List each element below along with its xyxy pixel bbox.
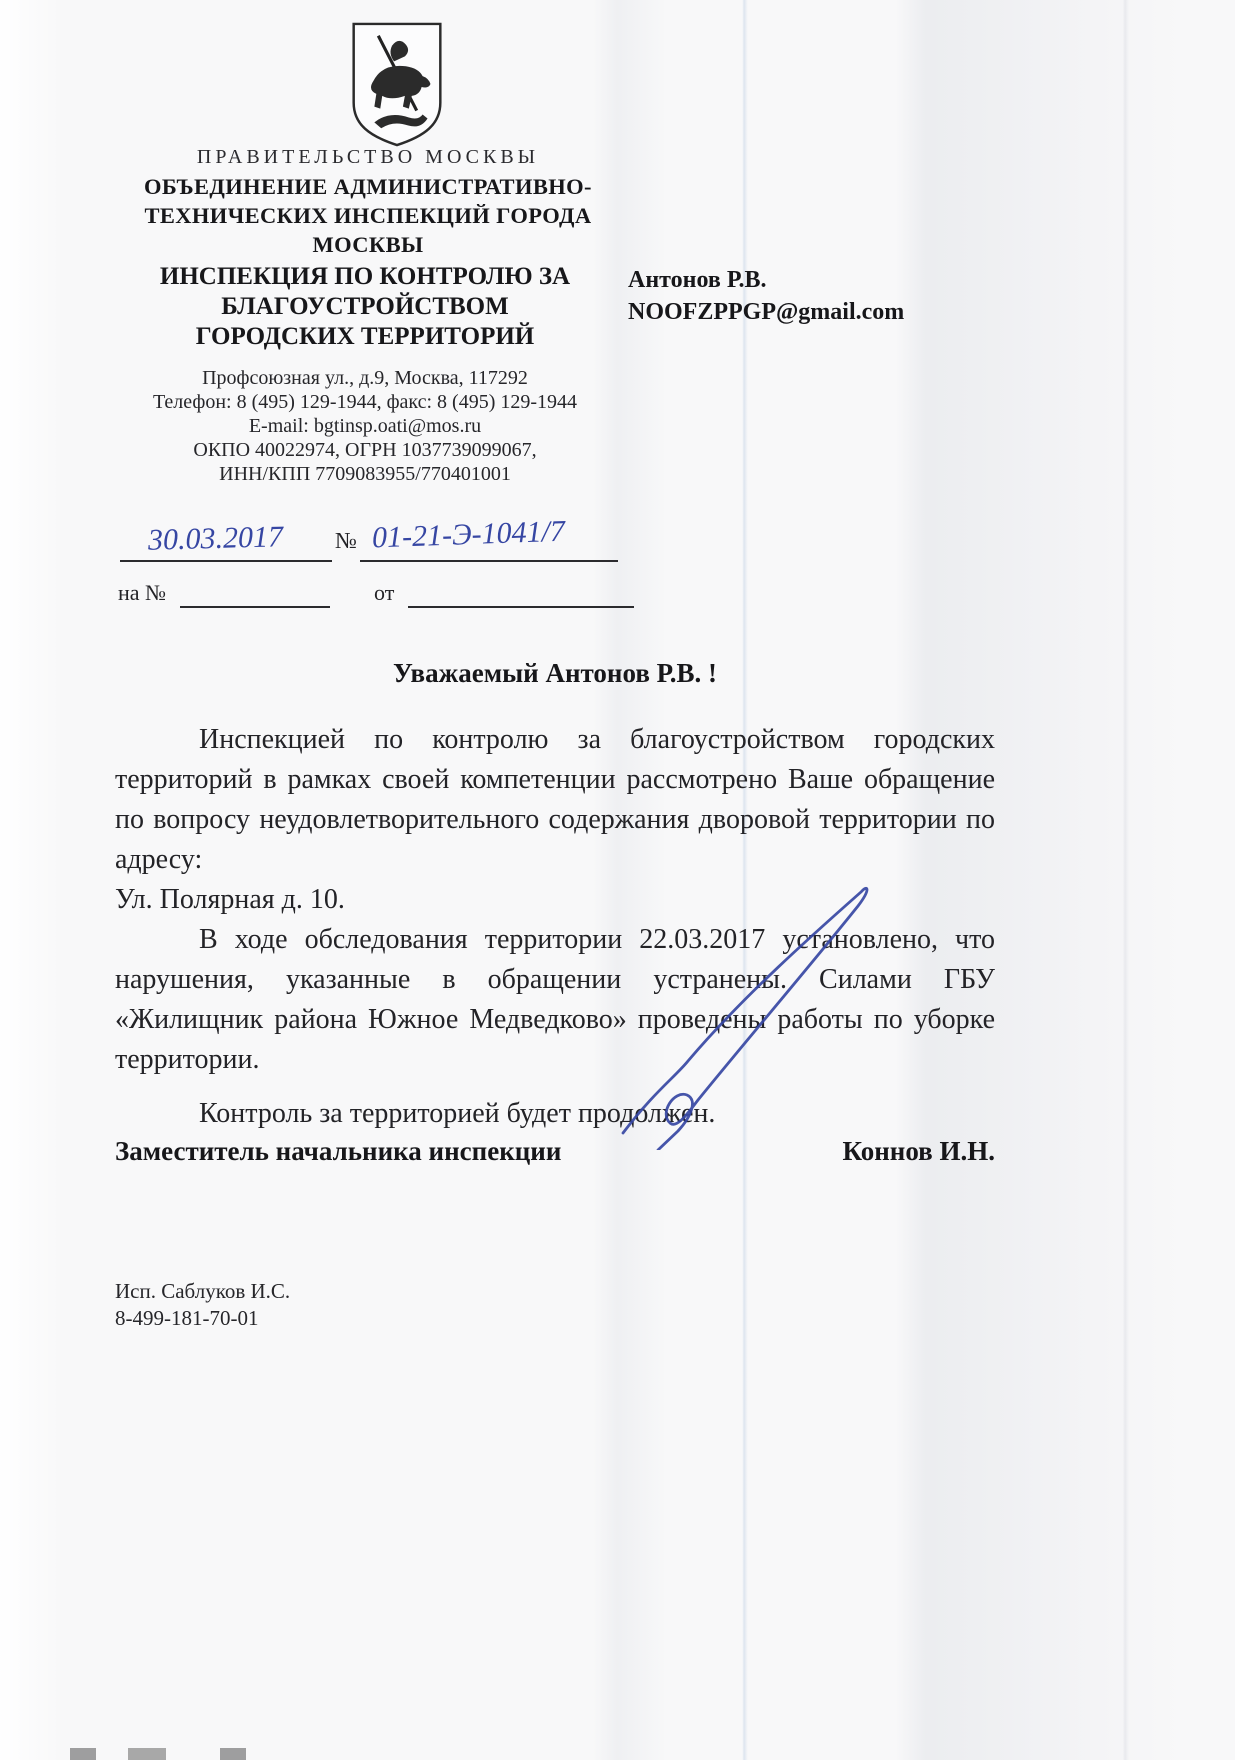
number-label: № bbox=[335, 528, 357, 554]
executor-block: Исп. Саблуков И.С. 8-499-181-70-01 bbox=[115, 1278, 290, 1332]
outgoing-number-handwritten: 01-21-Э-1041/7 bbox=[371, 515, 565, 556]
reply-to-underline bbox=[180, 606, 330, 608]
date-underline bbox=[120, 560, 332, 562]
moscow-coat-of-arms-icon bbox=[346, 20, 448, 148]
scanned-letter-page: ПРАВИТЕЛЬСТВО МОСКВЫ ОБЪЕДИНЕНИЕ АДМИНИС… bbox=[0, 0, 1235, 1760]
signature-ink bbox=[578, 878, 898, 1150]
organization-title: ОБЪЕДИНЕНИЕ АДМИНИСТРАТИВНО-ТЕХНИЧЕСКИХ … bbox=[108, 172, 628, 259]
scan-artifact bbox=[70, 1748, 360, 1760]
reply-to-label: на № bbox=[118, 580, 166, 606]
recipient-block: Антонов Р.В. NOOFZPPGP@gmail.com bbox=[628, 264, 958, 328]
executor-phone: 8-499-181-70-01 bbox=[115, 1305, 290, 1332]
contact-okpo-ogrn: ОКПО 40022974, ОГРН 1037739099067, bbox=[85, 438, 645, 462]
salutation: Уважаемый Антонов Р.В. ! bbox=[115, 658, 995, 689]
contact-inn-kpp: ИНН/КПП 7709083955/770401001 bbox=[85, 462, 645, 486]
recipient-email: NOOFZPPGP@gmail.com bbox=[628, 296, 958, 328]
from-underline bbox=[408, 606, 634, 608]
government-title: ПРАВИТЕЛЬСТВО МОСКВЫ bbox=[85, 146, 651, 169]
signer-position: Заместитель начальника инспекции bbox=[115, 1136, 561, 1167]
department-title: ИНСПЕКЦИЯ ПО КОНТРОЛЮ ЗА БЛАГОУСТРОЙСТВО… bbox=[150, 262, 580, 352]
executor-name: Исп. Саблуков И.С. bbox=[115, 1278, 290, 1305]
number-underline bbox=[360, 560, 618, 562]
contacts-block: Профсоюзная ул., д.9, Москва, 117292 Тел… bbox=[85, 366, 645, 486]
contact-phone-fax: Телефон: 8 (495) 129-1944, факс: 8 (495)… bbox=[85, 390, 645, 414]
paragraph-1: Инспекцией по контролю за благоустройств… bbox=[115, 720, 995, 880]
recipient-name: Антонов Р.В. bbox=[628, 264, 958, 296]
contact-email: E-mail: bgtinsp.oati@mos.ru bbox=[85, 414, 645, 438]
outgoing-date-handwritten: 30.03.2017 bbox=[148, 520, 284, 558]
from-label: от bbox=[374, 580, 394, 606]
contact-address: Профсоюзная ул., д.9, Москва, 117292 bbox=[85, 366, 645, 390]
